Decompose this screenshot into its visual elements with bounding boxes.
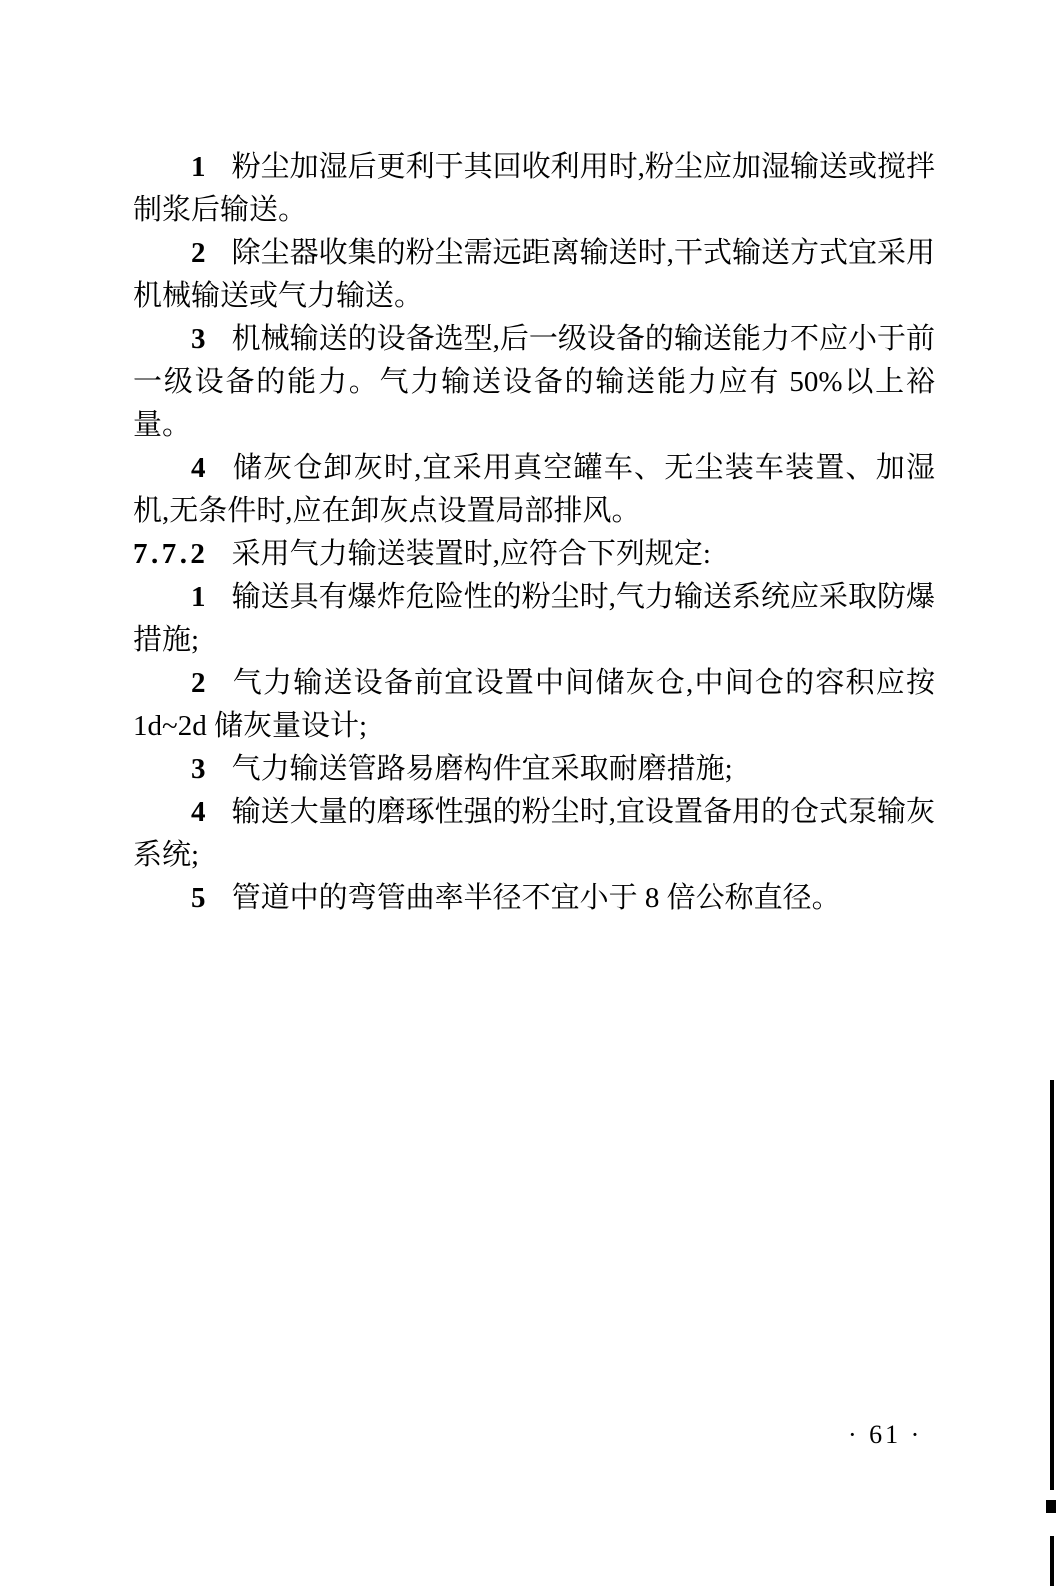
item-text: 机械输送的设备选型,后一级设备的输送能力不应小于前一级设备的能力。气力输送设备的… [133, 323, 935, 441]
item-text: 输送具有爆炸危险性的粉尘时,气力输送系统应采取防爆措施; [133, 581, 935, 656]
item-number: 1 [191, 151, 206, 183]
list-item: 5管道中的弯管曲率半径不宜小于 8 倍公称直径。 [133, 877, 935, 920]
scan-artifact-bar-upper [1050, 1080, 1054, 1490]
item-number: 1 [191, 581, 206, 613]
clause-text: 采用气力输送装置时,应符合下列规定: [232, 538, 711, 570]
list-item: 2气力输送设备前宜设置中间储灰仓,中间仓的容积应按 1d~2d 储灰量设计; [133, 662, 935, 748]
clause-heading: 7.7.2采用气力输送装置时,应符合下列规定: [133, 533, 935, 576]
item-text: 输送大量的磨琢性强的粉尘时,宜设置备用的仓式泵输灰系统; [133, 796, 935, 871]
item-text: 粉尘加湿后更利于其回收利用时,粉尘应加湿输送或搅拌制浆后输送。 [133, 151, 935, 226]
item-text: 气力输送管路易磨构件宜采取耐磨措施; [232, 753, 733, 785]
scan-artifact-dash [1046, 1500, 1056, 1513]
list-item: 1输送具有爆炸危险性的粉尘时,气力输送系统应采取防爆措施; [133, 576, 935, 662]
scan-artifact-bar-lower [1050, 1536, 1054, 1586]
item-text: 除尘器收集的粉尘需远距离输送时,干式输送方式宜采用机械输送或气力输送。 [133, 237, 935, 312]
item-number: 2 [191, 237, 206, 269]
item-number: 4 [191, 796, 206, 828]
item-number: 4 [191, 452, 206, 484]
list-item: 2除尘器收集的粉尘需远距离输送时,干式输送方式宜采用机械输送或气力输送。 [133, 232, 935, 318]
list-item: 1粉尘加湿后更利于其回收利用时,粉尘应加湿输送或搅拌制浆后输送。 [133, 146, 935, 232]
item-number: 2 [191, 667, 206, 699]
list-item: 3机械输送的设备选型,后一级设备的输送能力不应小于前一级设备的能力。气力输送设备… [133, 318, 935, 447]
clause-number: 7.7.2 [133, 538, 208, 570]
text-block: 1粉尘加湿后更利于其回收利用时,粉尘应加湿输送或搅拌制浆后输送。 2除尘器收集的… [133, 146, 935, 920]
document-page: 1粉尘加湿后更利于其回收利用时,粉尘应加湿输送或搅拌制浆后输送。 2除尘器收集的… [0, 0, 1056, 1586]
item-number: 3 [191, 323, 206, 355]
list-item: 3气力输送管路易磨构件宜采取耐磨措施; [133, 748, 935, 791]
item-text: 储灰仓卸灰时,宜采用真空罐车、无尘装车装置、加湿机,无条件时,应在卸灰点设置局部… [133, 452, 935, 527]
item-number: 5 [191, 882, 206, 914]
item-text: 气力输送设备前宜设置中间储灰仓,中间仓的容积应按 1d~2d 储灰量设计; [133, 667, 935, 742]
item-number: 3 [191, 753, 206, 785]
list-item: 4输送大量的磨琢性强的粉尘时,宜设置备用的仓式泵输灰系统; [133, 791, 935, 877]
list-item: 4储灰仓卸灰时,宜采用真空罐车、无尘装车装置、加湿机,无条件时,应在卸灰点设置局… [133, 447, 935, 533]
page-number: · 61 · [848, 1420, 922, 1450]
item-text: 管道中的弯管曲率半径不宜小于 8 倍公称直径。 [232, 882, 841, 914]
